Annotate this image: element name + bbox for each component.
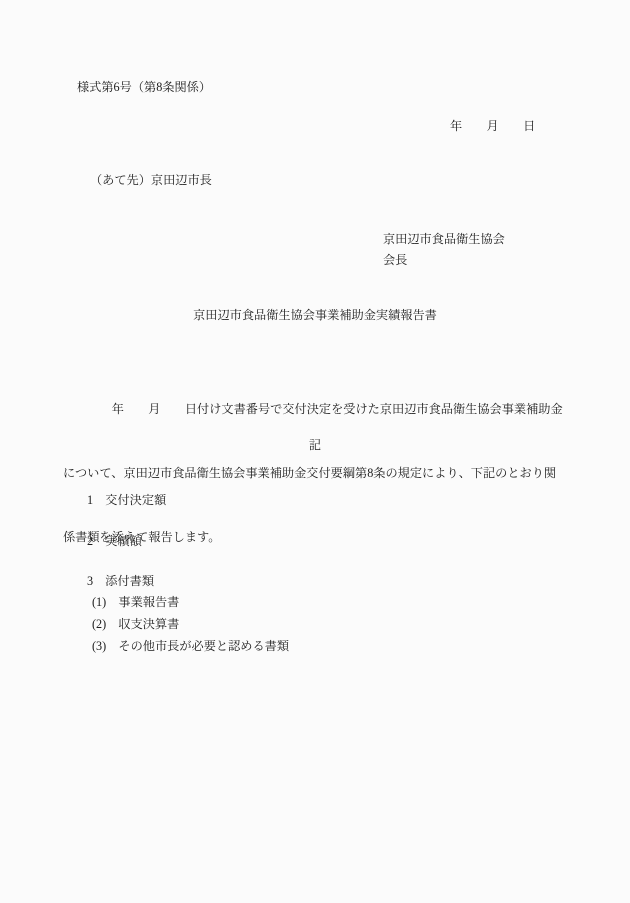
body-paragraph: 年 月 日付け文書番号で交付決定を受けた京田辺市食品衛生協会事業補助金 について… [63, 356, 569, 592]
sender-organization: 京田辺市食品衛生協会 [383, 229, 505, 250]
addressee-line: （あて先）京田辺市長 [90, 170, 212, 191]
sub-item-financial-statement: (2) 収支決算書 [92, 614, 179, 635]
sub-item-other-documents: (3) その他市長が必要と認める書類 [92, 636, 289, 657]
sub-item-business-report: (1) 事業報告書 [92, 592, 179, 613]
form-number: 様式第6号（第8条関係） [77, 77, 211, 98]
sender-role: 会長 [383, 250, 407, 271]
document-title: 京田辺市食品衛生協会事業補助金実績報告書 [0, 305, 630, 326]
list-item-attached-documents: 3 添付書類 [87, 571, 154, 592]
body-line-1: 年 月 日付け文書番号で交付決定を受けた京田辺市食品衛生協会事業補助金 [63, 399, 569, 421]
list-item-actual-amount: 2 実績額 [87, 531, 142, 552]
record-marker: 記 [0, 435, 630, 456]
body-line-2: について、京田辺市食品衛生協会事業補助金交付要綱第8条の規定により、下記のとおり… [63, 463, 569, 485]
date-blank-line: 年 月 日 [450, 116, 535, 137]
list-item-grant-decision-amount: 1 交付決定額 [87, 490, 166, 511]
document-page: 様式第6号（第8条関係） 年 月 日 （あて先）京田辺市長 京田辺市食品衛生協会… [0, 0, 630, 903]
